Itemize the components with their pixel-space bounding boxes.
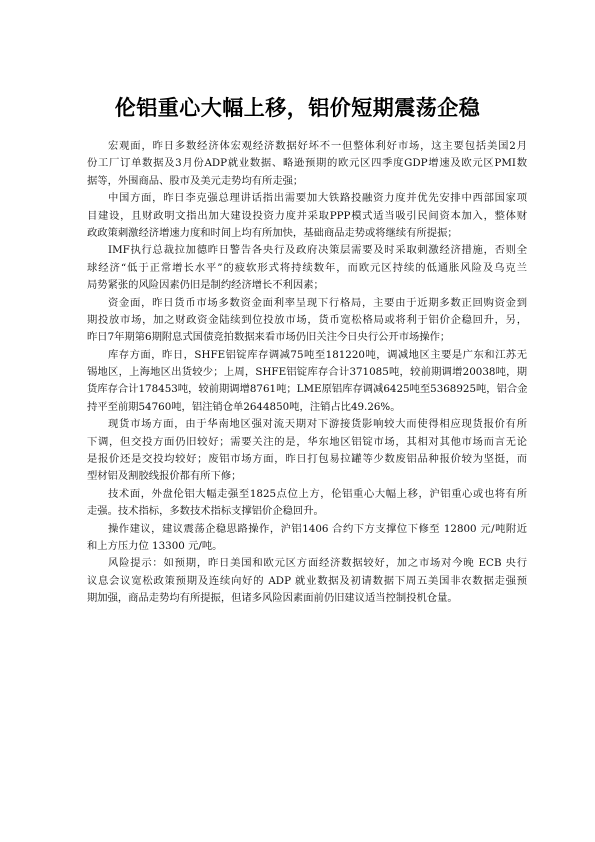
text-line: 目建设，且财政明文指出加大建设投资力度并采取PPP模式适当吸引民间资本加入，整体… [87,208,527,225]
document-page: 伦铝重心大幅上移，铝价短期震荡企稳 宏观面，昨日多数经济体宏观经济数据好坏不一但… [0,0,595,842]
text-line: 据等，外围商品、股市及美元走势均有所走强； [87,173,527,190]
document-body: 宏观面，昨日多数经济体宏观经济数据好坏不一但整体利好市场，这主要包括美国2月 份… [87,138,527,608]
text-line: 份工厂订单数据及3月份ADP就业数据、略逊预期的欧元区四季度GDP增速及欧元区P… [87,155,527,172]
document-title: 伦铝重心大幅上移，铝价短期震荡企稳 [0,92,595,122]
text-line: 锡地区，上海地区出货较少；上周，SHFE铝锭库存合计371085吨，较前期调增2… [87,364,527,381]
text-line: IMF执行总裁拉加德昨日警告各央行及政府决策层需要及时采取刺激经济措施，否则全 [87,242,527,259]
text-line: 资金面，昨日货币市场多数资金面利率呈现下行格局，主要由于近期多数正回购资金到 [87,295,527,312]
paragraph-macro: 宏观面，昨日多数经济体宏观经济数据好坏不一但整体利好市场，这主要包括美国2月 份… [87,138,527,190]
text-line: 议息会议宽松政策预期及连续向好的 ADP 就业数据及初请数据下周五美国非农数据走… [87,573,527,590]
paragraph-risk: 风险提示：如预期，昨日美国和欧元区方面经济数据较好，加之市场对今晚 ECB 央行… [87,555,527,607]
text-line: 昨日7年期第6期附息式国债竞拍数据来看市场仍旧关注今日央行公开市场操作； [87,329,527,346]
text-line: 型材铝及割胶线报价都有所下修； [87,468,527,485]
text-line: 和上方压力位 13300 元/吨。 [87,538,527,555]
text-line: 风险提示：如预期，昨日美国和欧元区方面经济数据较好，加之市场对今晚 ECB 央行 [87,555,527,572]
text-line: 政政策刺激经济增速力度和时间上均有所加快，基础商品走势或将继续有所提振； [87,225,527,242]
text-line: 期加强，商品走势均有所提振，但诸多风险因素面前仍旧建议适当控制投机仓量。 [87,590,527,607]
paragraph-spot-market: 现货市场方面，由于华南地区强对流天期对下游接货影响较大而使得相应现货报价有所 下… [87,416,527,486]
paragraph-technical: 技术面，外盘伦铝大幅走强至1825点位上方，伦铝重心大幅上移，沪铝重心或也将有所… [87,486,527,521]
text-line: 局势紧张的风险因素仍旧是制约经济增长不利因素； [87,277,527,294]
paragraph-imf: IMF执行总裁拉加德昨日警告各央行及政府决策层需要及时采取刺激经济措施，否则全 … [87,242,527,294]
text-line: 下调，但交投方面仍旧较好；需要关注的是，华东地区铝锭市场，其相对其他市场而言无论 [87,434,527,451]
text-line: 货库存合计178453吨，较前期调增8761吨；LME原铝库存调减6425吨至5… [87,381,527,398]
text-line: 库存方面，昨日，SHFE铝锭库存调减75吨至181220吨，调减地区主要是广东和… [87,347,527,364]
paragraph-inventory: 库存方面，昨日，SHFE铝锭库存调减75吨至181220吨，调减地区主要是广东和… [87,347,527,417]
text-line: 技术面，外盘伦铝大幅走强至1825点位上方，伦铝重心大幅上移，沪铝重心或也将有所 [87,486,527,503]
text-line: 走强。技术指标，多数技术指标支撑铝价企稳回升。 [87,503,527,520]
text-line: 球经济“低于正常增长水平”的疲软形式将持续数年，而欧元区持续的低通胀风险及乌克兰 [87,260,527,277]
text-line: 宏观面，昨日多数经济体宏观经济数据好坏不一但整体利好市场，这主要包括美国2月 [87,138,527,155]
text-line: 持平至前期54760吨，铝注销仓单2644850吨，注销占比49.26%。 [87,399,527,416]
paragraph-advice: 操作建议，建议震荡企稳思路操作，沪铝1406 合约下方支撑位下修至 12800 … [87,521,527,556]
text-line: 中国方面，昨日李克强总理讲话指出需要加大铁路投融资力度并优先安排中西部国家项 [87,190,527,207]
text-line: 操作建议，建议震荡企稳思路操作，沪铝1406 合约下方支撑位下修至 12800 … [87,521,527,538]
paragraph-funds: 资金面，昨日货币市场多数资金面利率呈现下行格局，主要由于近期多数正回购资金到 期… [87,295,527,347]
text-line: 现货市场方面，由于华南地区强对流天期对下游接货影响较大而使得相应现货报价有所 [87,416,527,433]
text-line: 是报价还是交投均较好；废铝市场方面，昨日打包易拉罐等少数废铝品种报价较为坚挺，而 [87,451,527,468]
paragraph-china: 中国方面，昨日李克强总理讲话指出需要加大铁路投融资力度并优先安排中西部国家项 目… [87,190,527,242]
text-line: 期投放市场，加之财政资金陆续到位投放市场，货币宽松格局或将利于铝价企稳回升，另， [87,312,527,329]
